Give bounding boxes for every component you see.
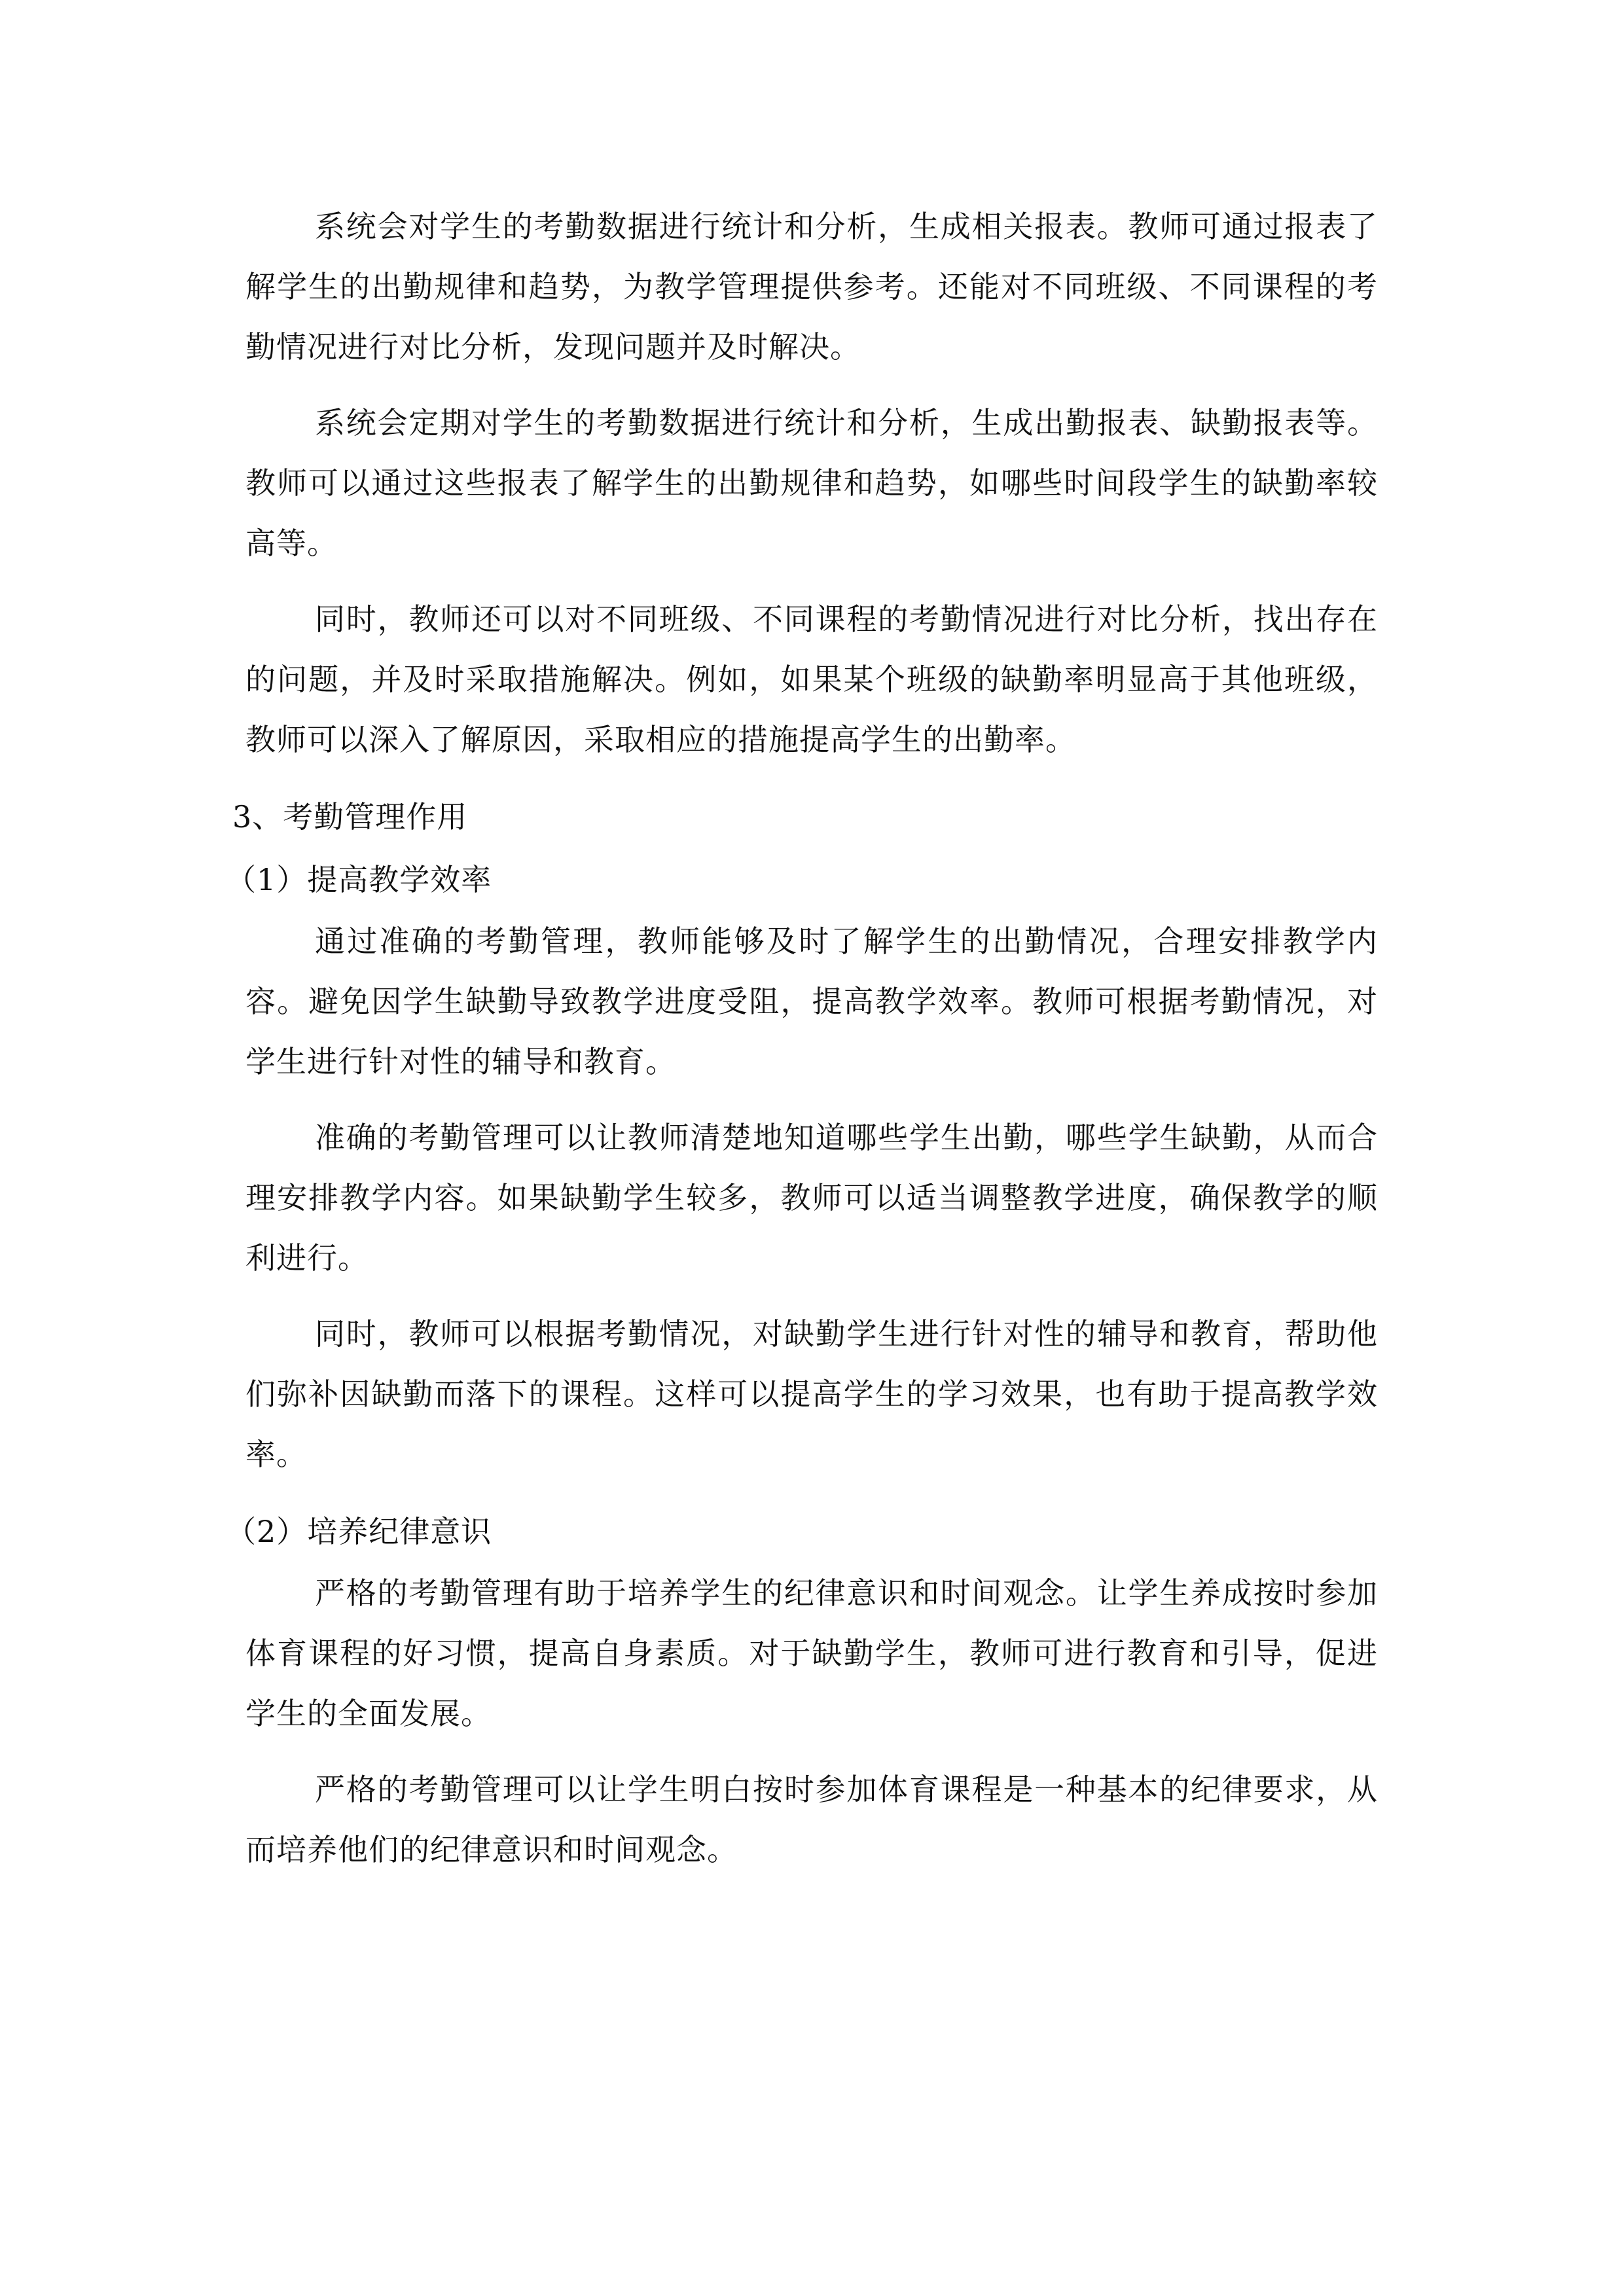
subsection-heading-efficiency: （1）提高教学效率	[226, 848, 1378, 911]
paragraph-discipline-1: 严格的考勤管理有助于培养学生的纪律意识和时间观念。让学生养成按时参加体育课程的好…	[245, 1563, 1378, 1744]
document-page: 系统会对学生的考勤数据进行统计和分析，生成相关报表。教师可通过报表了解学生的出勤…	[245, 196, 1378, 1895]
paragraph-efficiency-2: 准确的考勤管理可以让教师清楚地知道哪些学生出勤，哪些学生缺勤，从而合理安排教学内…	[245, 1107, 1378, 1288]
paragraph-comparison-analysis: 同时，教师还可以对不同班级、不同课程的考勤情况进行对比分析，找出存在的问题，并及…	[245, 589, 1378, 770]
subsection-heading-discipline: （2）培养纪律意识	[226, 1500, 1378, 1563]
paragraph-efficiency-3: 同时，教师可以根据考勤情况，对缺勤学生进行针对性的辅导和教育，帮助他们弥补因缺勤…	[245, 1304, 1378, 1484]
paragraph-efficiency-1: 通过准确的考勤管理，教师能够及时了解学生的出勤情况，合理安排教学内容。避免因学生…	[245, 911, 1378, 1092]
paragraph-periodic-reports: 系统会定期对学生的考勤数据进行统计和分析，生成出勤报表、缺勤报表等。教师可以通过…	[245, 393, 1378, 573]
paragraph-discipline-2: 严格的考勤管理可以让学生明白按时参加体育课程是一种基本的纪律要求，从而培养他们的…	[245, 1759, 1378, 1880]
paragraph-report-analysis: 系统会对学生的考勤数据进行统计和分析，生成相关报表。教师可通过报表了解学生的出勤…	[245, 196, 1378, 377]
section-heading: 3、考勤管理作用	[232, 785, 1378, 848]
